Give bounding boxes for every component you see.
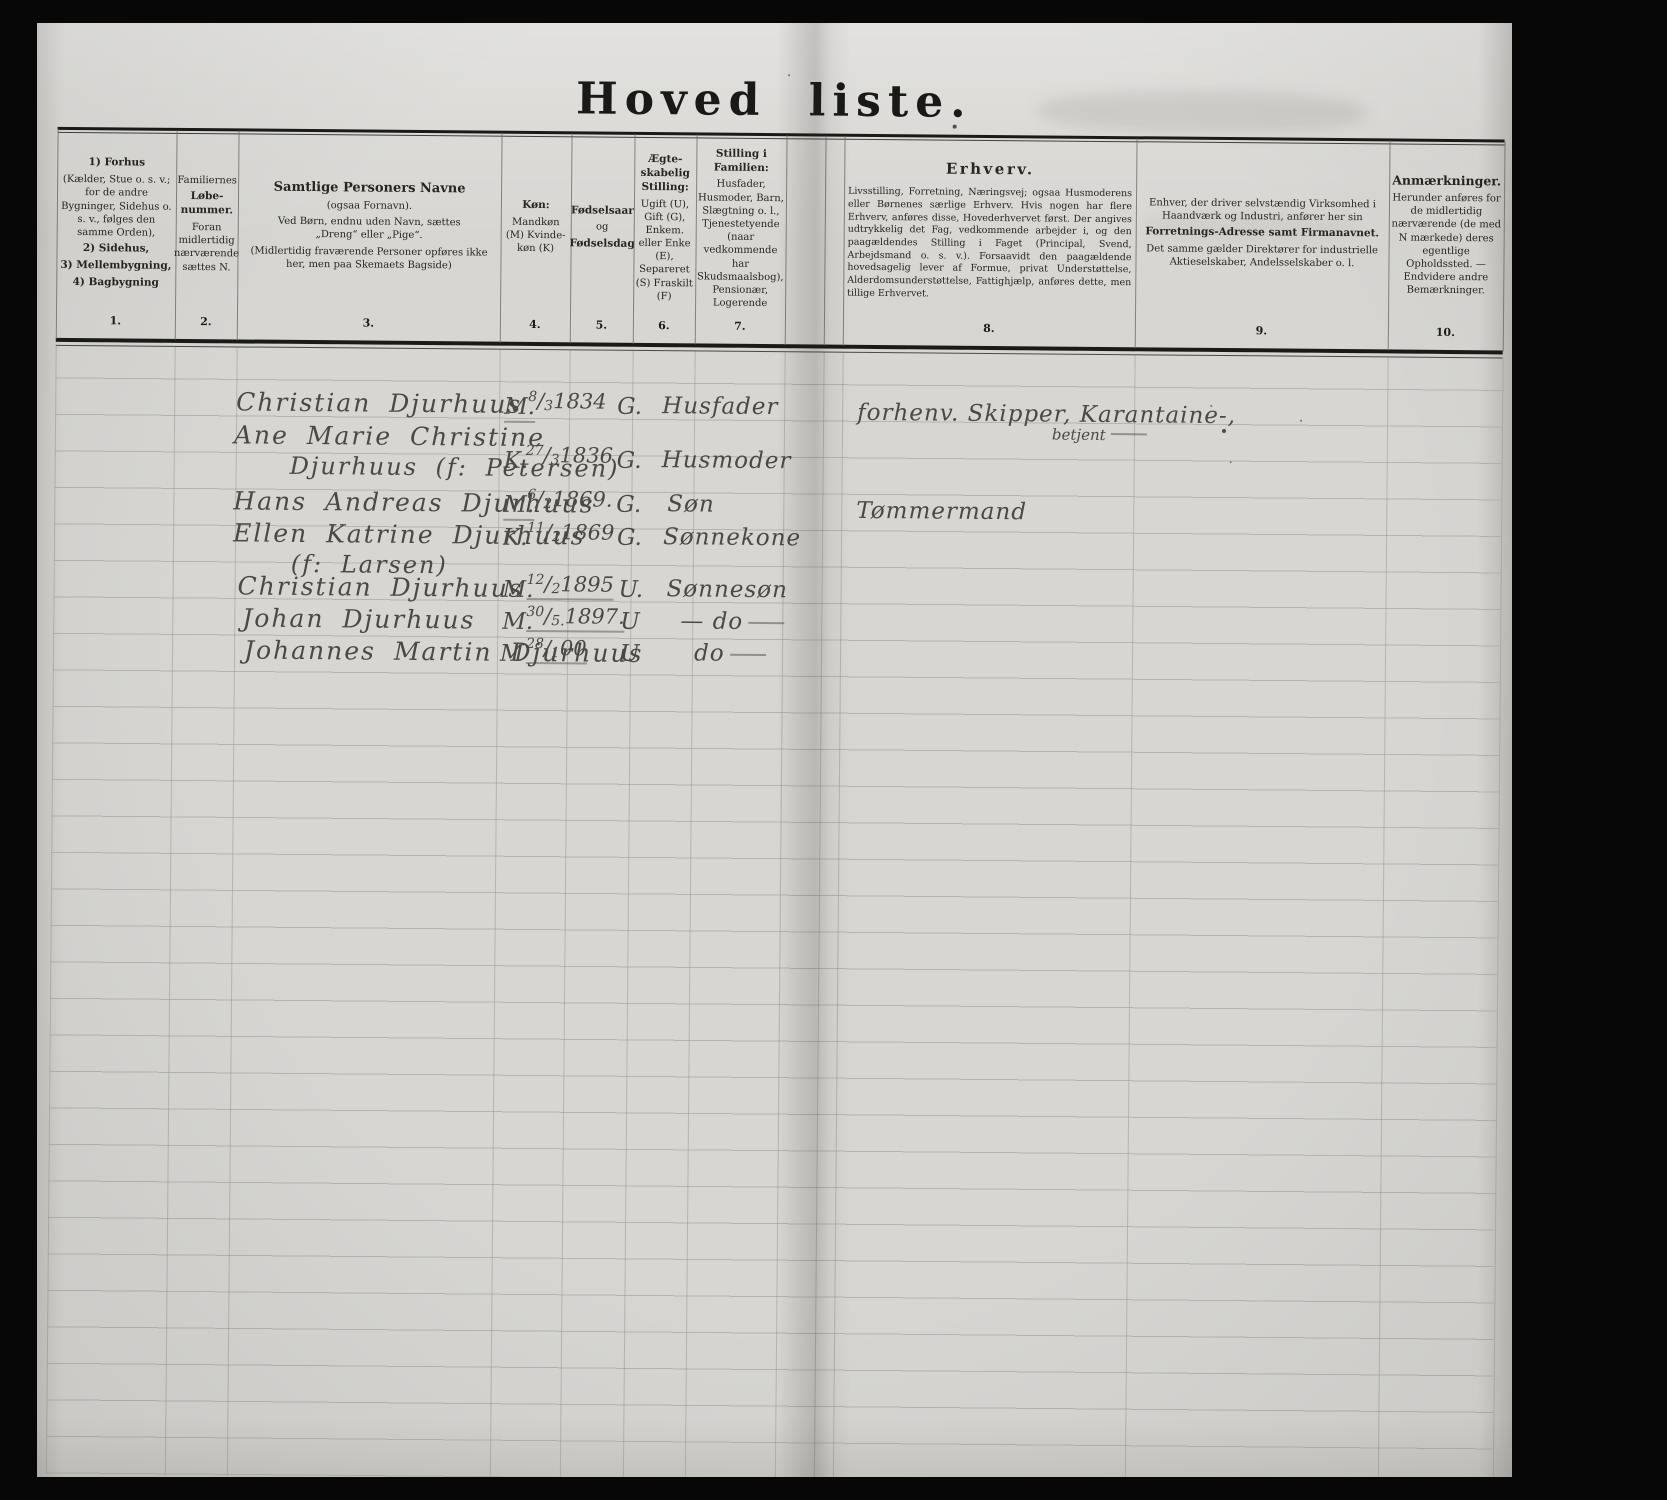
header-text: og [596, 221, 609, 234]
header-col-business-address: Enhver, der driver selvstændig Virksomhe… [1139, 144, 1386, 322]
header-text: Løbe-nummer. [178, 190, 236, 218]
header-text: Forretnings-Adresse samt Firmanavnet. [1145, 225, 1379, 241]
header-col-marital-status: Ægte- skabelig Stilling: Ugift (U), Gift… [635, 140, 695, 316]
entry-birthdate: 28/100 [526, 636, 587, 665]
header-text: (Kælder, Stue o. s. v.; for de andre Byg… [59, 173, 175, 240]
birth-year: 1834 [553, 389, 607, 413]
birth-day: 6 [527, 487, 536, 503]
entry-sex: M [500, 641, 524, 667]
header-text: Mandkøn (M) Kvinde- køn (K) [503, 215, 569, 255]
col-number-7: 7. [697, 319, 783, 333]
entry-name: Christian Djurhuus [236, 387, 522, 418]
entry-family-position: — do [680, 608, 784, 635]
birth-month: 3 [551, 452, 560, 468]
column-rule [623, 351, 634, 1477]
column-rule [824, 136, 827, 346]
column-rule [1378, 357, 1389, 1477]
entry-occupation-insert: betjent [1052, 426, 1147, 445]
scan-background: Hoved liste. [0, 0, 1667, 1500]
entry-family-position: Sønnesøn [666, 576, 788, 603]
page-title: Hoved liste. [37, 69, 1512, 133]
entry-name: Ane Marie Christine [234, 420, 545, 452]
header-text: Ved Børn, endnu uden Navn, sættes „Dreng… [240, 215, 499, 244]
header-text: 1) Forhus [88, 156, 145, 170]
header-text: Det samme gælder Direktører for industri… [1139, 242, 1384, 271]
column-rule [833, 353, 844, 1477]
column-rule [1125, 355, 1136, 1477]
entry-birthdate: 6/21869. [527, 487, 612, 513]
ink-speck [953, 125, 957, 129]
col-number-4: 4. [502, 318, 568, 332]
column-rule [685, 351, 696, 1477]
header-col-remarks: Anmærkninger. Herunder anføres for de mi… [1390, 146, 1503, 323]
entry-marital-status: U. [618, 577, 643, 603]
col-number-5: 5. [572, 318, 631, 332]
birth-year: 1869. [552, 487, 612, 512]
entry-name: Christian Djurhuus [237, 571, 523, 602]
scanned-census-page: Hoved liste. [37, 23, 1512, 1477]
header-col-family-number: Familiernes Løbe-nummer. Foran midlertid… [177, 136, 237, 312]
col-number-1: 1. [58, 314, 173, 328]
header-col-names: Samtlige Personers Navne (ogsaa Fornavn)… [239, 136, 500, 314]
entry-occupation: forhenv. Skipper, Karantaine-, [857, 400, 1236, 429]
entry-family-position: do [694, 640, 766, 667]
col-number-9: 9. [1139, 323, 1384, 338]
column-rule [785, 135, 788, 345]
header-col-birth: Fødselsaar og Fødselsdag [572, 139, 633, 316]
column-rule [775, 352, 786, 1477]
header-text: (Midlertidig fraværende Personer opføres… [239, 244, 498, 273]
header-text: Livsstilling, Forretning, Næringsvej; og… [847, 186, 1132, 303]
entry-occupation: Tømmermand [856, 498, 1027, 525]
birth-month: 1 [551, 645, 560, 661]
header-text: Herunder anføres for de midlertidig nærv… [1390, 191, 1502, 297]
header-text: Anmærkninger. [1392, 172, 1501, 189]
birth-year: 00 [560, 636, 587, 660]
entry-family-position: Sønnekone [663, 524, 801, 551]
header-col-building: 1) Forhus (Kælder, Stue o. s. v.; for de… [58, 135, 175, 312]
header-text: 3) Mellembygning, [60, 259, 171, 274]
col-number-8: 8. [847, 321, 1131, 336]
column-rule [843, 136, 846, 346]
birth-month: 5. [551, 613, 564, 629]
header-text: Fødselsaar [571, 204, 634, 218]
entry-marital-status: U [620, 609, 640, 635]
birth-day: 12 [527, 572, 545, 588]
col-number-10: 10. [1390, 325, 1501, 339]
ink-speck [1230, 461, 1232, 463]
entry-name: Johan Djurhuus [242, 603, 475, 634]
header-col-sex: Køn: Mandkøn (M) Kvinde- køn (K) [502, 139, 570, 316]
ink-speck [788, 74, 790, 76]
header-col-occupation: Erhverv. Livsstilling, Forretning, Nærin… [847, 142, 1133, 320]
header-text: Foran midlertidig nærværende sættes N. [174, 221, 240, 274]
entry-family-position: Søn [667, 491, 715, 517]
header-text: Husfader, Husmoder, Barn, Slægtning o. l… [697, 178, 785, 311]
header-text: Ægte- skabelig Stilling: [636, 153, 694, 195]
birth-year: 1895 [560, 572, 614, 596]
entry-birthdate: 11/21869 [527, 520, 614, 546]
birth-year: 1897. [565, 604, 625, 629]
header-text: Familiernes [177, 174, 237, 188]
col-number-3: 3. [239, 315, 498, 330]
birth-day: 11 [527, 520, 545, 536]
birth-month: 3 [544, 398, 553, 414]
header-text: Køn: [522, 199, 550, 213]
header-text: Enhver, der driver selvstændig Virksomhe… [1140, 196, 1385, 225]
column-rule [490, 350, 501, 1477]
birth-month: 2 [543, 496, 552, 512]
header-text: (ogsaa Fornavn). [327, 199, 412, 213]
birth-day: 28 [526, 636, 544, 652]
entry-birthdate: 12/21895 [527, 572, 615, 601]
column-rule [1503, 141, 1506, 351]
column-rule [46, 346, 57, 1474]
birth-month: 2 [552, 529, 561, 545]
entry-marital-status: G. [617, 394, 642, 420]
header-text: 4) Bagbygning [73, 276, 159, 291]
entry-birthdate: 8/31834 [528, 389, 607, 415]
entry-marital-status: G. [616, 492, 641, 518]
ink-speck [1222, 429, 1226, 433]
entry-sex: K. [503, 525, 528, 551]
header-text: Samtlige Personers Navne [274, 179, 466, 198]
header-col-family-position: Stilling i Familien: Husfader, Husmoder,… [697, 140, 785, 317]
header-text: Fødselsdag [569, 237, 634, 251]
birth-day: 27 [526, 443, 544, 459]
column-rule [1493, 358, 1504, 1477]
column-rule [227, 347, 238, 1475]
entry-marital-status: G. [617, 448, 642, 474]
entry-family-position: Husmoder [662, 447, 792, 474]
entry-birthdate: 27/31836 [526, 443, 613, 469]
header-text: Stilling i Familien: [698, 147, 784, 175]
entry-birthdate: 30/5.1897. [526, 604, 625, 633]
entry-marital-status: U [620, 641, 640, 667]
header-text: Ugift (U), Gift (G), Enkem. eller Enke (… [635, 197, 694, 303]
entry-marital-status: G. [617, 525, 642, 551]
column-rule [1135, 138, 1138, 348]
birth-month: 2 [551, 581, 560, 597]
header-text: Erhverv. [946, 160, 1035, 181]
header-text: 2) Sidehus, [83, 242, 149, 256]
column-rule [165, 347, 176, 1475]
birth-year: 1869 [561, 520, 615, 544]
ink-speck [1300, 420, 1302, 422]
birth-year: 1836 [559, 443, 613, 467]
birth-day: 8 [528, 389, 537, 405]
col-number-2: 2. [177, 315, 235, 329]
entry-family-position: Husfader [662, 393, 778, 420]
column-rule [814, 353, 825, 1477]
birth-day: 30 [526, 604, 544, 620]
col-number-6: 6. [635, 319, 693, 333]
entry-sex: K. [504, 448, 529, 474]
scan-tilt-layer: Hoved liste. [37, 23, 1512, 1477]
